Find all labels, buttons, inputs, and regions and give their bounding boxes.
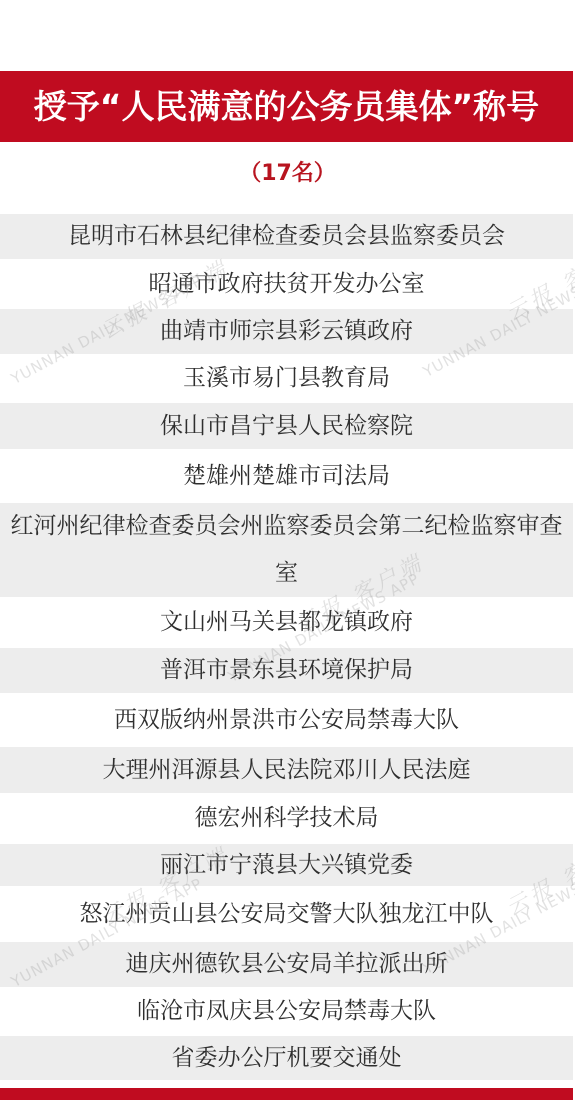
list-item: 楚雄州楚雄市司法局 xyxy=(0,449,573,503)
title-banner: 授予“人民满意的公务员集体”称号 xyxy=(0,71,573,142)
list-item: 省委办公厅机要交通处 xyxy=(0,1036,573,1080)
list-item: 保山市昌宁县人民检察院 xyxy=(0,403,573,449)
list-item-text: 怒江州贡山县公安局交警大队独龙江中队 xyxy=(80,891,494,938)
list-item-text: 楚雄州楚雄市司法局 xyxy=(183,453,390,500)
list-item: 西双版纳州景洪市公安局禁毒大队 xyxy=(0,693,573,747)
list-item-text: 西双版纳州景洪市公安局禁毒大队 xyxy=(114,697,459,744)
list-item-text: 玉溪市易门县教育局 xyxy=(183,355,390,402)
list-item: 大理州洱源县人民法院邓川人民法庭 xyxy=(0,747,573,793)
list-item-text: 丽江市宁蒗县大兴镇党委 xyxy=(160,842,413,889)
page-title: 授予“人民满意的公务员集体”称号 xyxy=(34,90,539,123)
list-item-text: 省委办公厅机要交通处 xyxy=(172,1035,402,1082)
list-item: 德宏州科学技术局 xyxy=(0,793,573,844)
list-item-text: 迪庆州德钦县公安局羊拉派出所 xyxy=(126,941,448,988)
list-item-text: 红河州纪律检查委员会州监察委员会第二纪检监察审查室 xyxy=(8,503,565,597)
list-item-text: 保山市昌宁县人民检察院 xyxy=(160,403,413,450)
list-item-text: 昭通市政府扶贫开发办公室 xyxy=(149,261,425,308)
footer-bar xyxy=(0,1088,573,1100)
list-item-text: 文山州马关县都龙镇政府 xyxy=(160,599,413,646)
list-item-text: 德宏州科学技术局 xyxy=(195,795,379,842)
list-item: 红河州纪律检查委员会州监察委员会第二纪检监察审查室 xyxy=(0,503,573,597)
list-item: 文山州马关县都龙镇政府 xyxy=(0,597,573,648)
list-item: 迪庆州德钦县公安局羊拉派出所 xyxy=(0,942,573,987)
list-item-text: 临沧市凤庆县公安局禁毒大队 xyxy=(137,988,436,1035)
list-item: 临沧市凤庆县公安局禁毒大队 xyxy=(0,987,573,1036)
list-item: 昭通市政府扶贫开发办公室 xyxy=(0,259,573,309)
list-item: 曲靖市师宗县彩云镇政府 xyxy=(0,309,573,354)
list-item: 丽江市宁蒗县大兴镇党委 xyxy=(0,844,573,886)
honoree-list: 昆明市石林县纪律检查委员会县监察委员会 昭通市政府扶贫开发办公室 曲靖市师宗县彩… xyxy=(0,214,575,1080)
list-item: 昆明市石林县纪律检查委员会县监察委员会 xyxy=(0,214,573,259)
list-item: 普洱市景东县环境保护局 xyxy=(0,648,573,693)
count-subtitle: （17名） xyxy=(0,157,575,191)
list-item-text: 大理州洱源县人民法院邓川人民法庭 xyxy=(103,747,471,794)
list-item-text: 普洱市景东县环境保护局 xyxy=(160,647,413,694)
list-item-text: 昆明市石林县纪律检查委员会县监察委员会 xyxy=(68,213,505,260)
list-item: 玉溪市易门县教育局 xyxy=(0,354,573,403)
list-item-text: 曲靖市师宗县彩云镇政府 xyxy=(160,308,413,355)
list-item: 怒江州贡山县公安局交警大队独龙江中队 xyxy=(0,886,573,942)
